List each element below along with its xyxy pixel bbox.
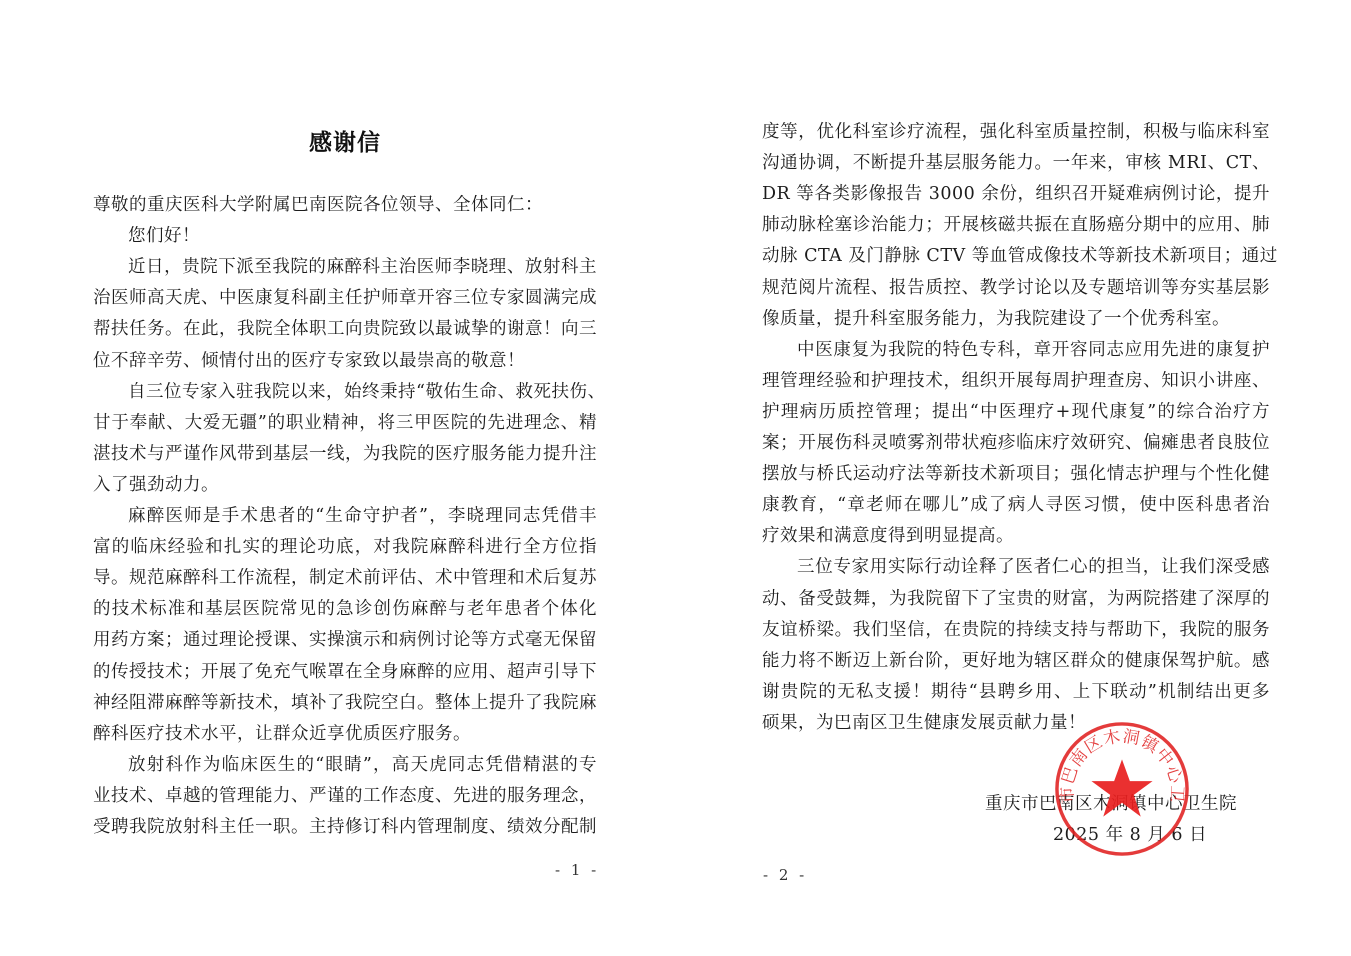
text-line: 用药方案；通过理论授课、实操演示和病例讨论等方式毫无保留 [93,629,597,651]
text-line: 位不辞辛劳、倾情付出的医疗专家致以最崇高的敬意！ [93,350,525,372]
text-line: 近日，贵院下派至我院的麻醉科主治医师李晓理、放射科主 [128,256,597,278]
text-line: 案；开展伤科灵喷雾剂带状疱疹临床疗效研究、偏瘫患者良肢位 [762,432,1270,454]
page-number-2: - 2 - [763,866,807,884]
text-line: 疗效果和满意度得到明显提高。 [762,525,1014,547]
text-line: 中医康复为我院的特色专科，章开容同志应用先进的康复护 [797,339,1270,361]
text-line: 动脉 CTA 及门静脉 CTV 等血管成像技术等新技术新项目；通过 [762,245,1270,267]
text-line: 甘于奉献、大爱无疆”的职业精神，将三甲医院的先进理念、精 [93,412,597,434]
text-line: 友谊桥梁。我们坚信，在贵院的持续支持与帮助下，我院的服务 [762,619,1270,641]
text-line: 沟通协调，不断提升基层服务能力。一年来，审核 MRI、CT、 [762,152,1270,174]
text-line: 能力将不断迈上新台阶，更好地为辖区群众的健康保驾护航。感 [762,650,1270,672]
text-line: 尊敬的重庆医科大学附属巴南医院各位领导、全体同仁： [93,194,543,216]
text-line: 受聘我院放射科主任一职。主持修订科内管理制度、绩效分配制 [93,816,597,838]
text-line: 理管理经验和护理技术，组织开展每周护理查房、知识小讲座、 [762,370,1270,392]
text-line: 醉科医疗技术水平，让群众近享优质医疗服务。 [93,723,471,745]
text-line: 导。规范麻醉科工作流程，制定术前评估、术中管理和术后复苏 [93,567,597,589]
page-number-1: - 1 - [555,861,599,879]
text-line: 自三位专家入驻我院以来，始终秉持“敬佑生命、救死扶伤、 [128,381,597,403]
text-line: 像质量，提升科室服务能力，为我院建设了一个优秀科室。 [762,308,1230,330]
letter-title: 感谢信 [0,124,690,157]
text-line: 度等，优化科室诊疗流程，强化科室质量控制，积极与临床科室 [762,121,1270,143]
text-line: 治医师高天虎、中医康复科副主任护师章开容三位专家圆满完成 [93,287,597,309]
text-line: 您们好！ [128,225,200,247]
text-line: 三位专家用实际行动诠释了医者仁心的担当，让我们深受感 [797,556,1270,578]
text-line: DR 等各类影像报告 3000 余份，组织召开疑难病例讨论，提升 [762,183,1270,205]
text-line: 康教育，“章老师在哪儿”成了病人寻医习惯，使中医科患者治 [762,494,1270,516]
text-line: 业技术、卓越的管理能力、严谨的工作态度、先进的服务理念， [93,785,597,807]
text-line: 规范阅片流程、报告质控、教学讨论以及专题培训等夯实基层影 [762,277,1270,299]
text-line: 动、备受鼓舞，为我院留下了宝贵的财富，为两院搭建了深厚的 [762,588,1270,610]
text-line: 的传授技术；开展了免充气喉罩在全身麻醉的应用、超声引导下 [93,661,597,683]
text-line: 放射科作为临床医生的“眼睛”，高天虎同志凭借精湛的专 [128,754,597,776]
page-1: 感谢信 尊敬的重庆医科大学附属巴南医院各位领导、全体同仁：您们好！近日，贵院下派… [0,0,675,956]
text-line: 谢贵院的无私支援！期待“县聘乡用、上下联动”机制结出更多 [762,681,1270,703]
text-line: 麻醉医师是手术患者的“生命守护者”，李晓理同志凭借丰 [128,505,597,527]
text-line: 神经阻滞麻醉等新技术，填补了我院空白。整体上提升了我院麻 [93,692,597,714]
text-line: 富的临床经验和扎实的理论功底，对我院麻醉科进行全方位指 [93,536,597,558]
text-line: 湛技术与严谨作风带到基层一线，为我院的医疗服务能力提升注 [93,443,597,465]
text-line: 硕果，为巴南区卫生健康发展贡献力量！ [762,712,1086,734]
text-line: 帮扶任务。在此，我院全体职工向贵院致以最诚挚的谢意！向三 [93,318,597,340]
official-seal-icon: 重庆市巴南区木洞镇中心卫生院 [1053,720,1191,858]
text-line: 摆放与桥氏运动疗法等新技术新项目；强化情志护理与个性化健 [762,463,1270,485]
text-line: 入了强劲动力。 [93,474,219,496]
text-line: 护理病历质控管理；提出“中医理疗+现代康复”的综合治疗方 [762,401,1270,423]
text-line: 的技术标准和基层医院常见的急诊创伤麻醉与老年患者个体化 [93,598,597,620]
text-line: 肺动脉栓塞诊治能力；开展核磁共振在直肠癌分期中的应用、肺 [762,214,1270,236]
